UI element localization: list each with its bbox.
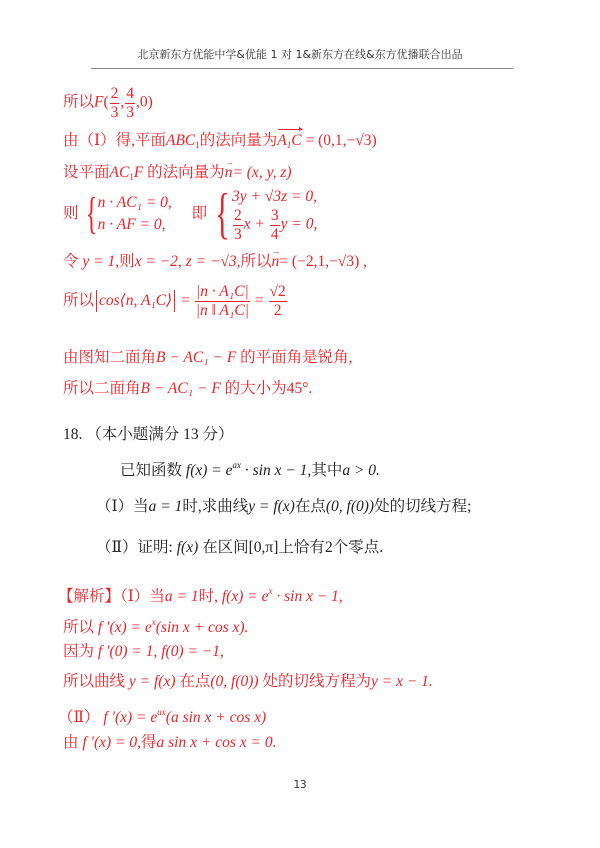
system-left: 则 { n · AC₁ = 0, n · AF = 0, [63,192,172,236]
solution-line-normal-abc1: 由（Ⅰ）得,平面ABC1的法向量为A1C = (0,1,−√3) [63,131,377,155]
fraction: 23 [110,86,120,120]
page-number: 13 [0,778,600,791]
vector-n: n [225,163,233,183]
analysis-line-1: 【解析】（Ⅰ）当a = 1时, f(x) = ex · sin x − 1, [58,581,343,607]
fraction: |n · A₁C||n ‖ A₁C| [195,284,250,318]
analysis-line-4: 所以曲线 y = f(x) 在点(0, f(0)) 处的切线方程为y = x −… [63,672,433,692]
solution-line-acute-angle: 由图知二面角B − AC₁ − F 的平面角是锐角, [63,348,353,368]
math-var: F [94,94,103,111]
left-brace-icon: { [215,186,230,242]
vector-a1c: A1C [277,131,301,155]
analysis-line-5: （Ⅱ） f ′(x) = eax(a sin x + cos x) [58,702,266,728]
equation: 23x + 34y = 0, [232,208,317,242]
math-plane: ABC [166,132,195,149]
solution-line-point-f: 所以F(23,43,0) [63,86,153,120]
fraction: √22 [269,284,287,318]
left-brace-icon: { [85,192,97,236]
system-right: 即 { 3y + √3z = 0, 23x + 34y = 0, [192,186,318,242]
solution-line-set-n: 设平面AC1F 的法向量为n= (x, y, z) [63,163,292,187]
equation: 3y + √3z = 0, [232,186,317,208]
problem-18-title: 18. （本小题满分 13 分） [63,425,234,445]
cos-expression: cos⟨n, A₁C⟩ [99,292,172,309]
equation: n · AC₁ = 0, [98,192,172,214]
analysis-line-3: 因为 f ′(0) = 1, f(0) = −1, [63,642,224,662]
solution-equation-system: 则 { n · AC₁ = 0, n · AF = 0, 即 { 3y + √3… [63,186,317,242]
fraction: 43 [125,86,135,120]
page-header: 北京新东方优能中学&优能 1 对 1&新东方在线&东方优播联合出品 [0,46,600,62]
solution-line-angle-size: 所以二面角B − AC₁ − F 的大小为45°. [63,379,312,399]
problem-18-statement: 已知函数 f(x) = eax · sin x − 1,其中a > 0. [120,455,380,481]
text: 所以 [63,94,94,111]
analysis-line-6: 由 f ′(x) = 0,得a sin x + cos x = 0. [63,733,276,753]
header-divider [91,68,513,69]
solution-line-let-y: 令 y = 1,则x = −2, z = −√3,所以n= (−2,1,−√3)… [63,252,367,272]
analysis-line-2: 所以 f ′(x) = ex(sin x + cos x). [63,612,248,638]
solution-line-cos: 所以cos⟨n, A₁C⟩ = |n · A₁C||n ‖ A₁C| = √22 [63,284,288,318]
equation: n · AF = 0, [98,214,172,236]
problem-18-part-1: （Ⅰ）当a = 1时,求曲线y = f(x)在点(0, f(0))处的切线方程; [96,497,471,517]
problem-18-part-2: （Ⅱ）证明: f(x) 在区间[0,π]上恰有2个零点. [96,538,383,558]
analysis-tag: 【解析】 [58,588,120,605]
